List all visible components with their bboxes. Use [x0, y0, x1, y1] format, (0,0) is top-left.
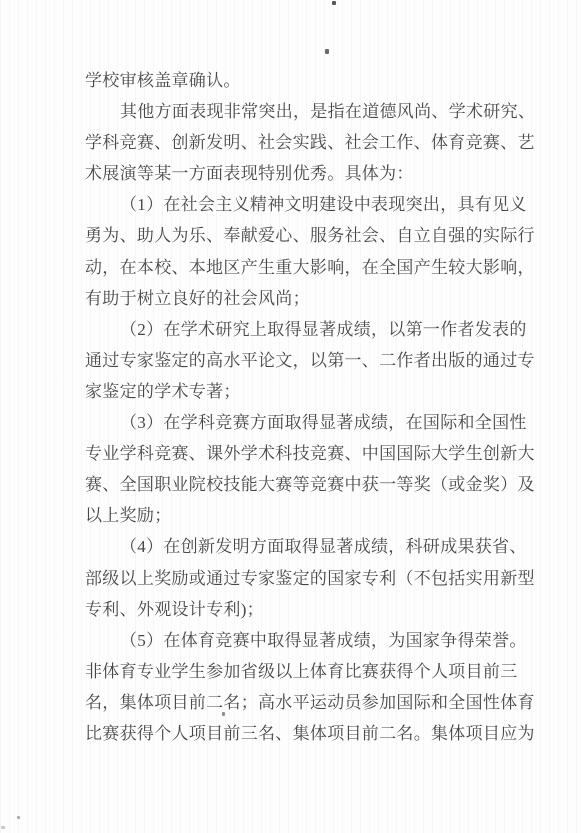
text-line: 其他方面表现非常突出，是指在道德风尚、学术研究、: [85, 96, 560, 127]
text-line: （5）在体育竞赛中取得显著成绩，为国家争得荣誉。: [85, 625, 560, 656]
text-line: 名，集体项目前二名；高水平运动员参加国际和全国性体育: [85, 687, 560, 718]
text-line: 通过专家鉴定的高水平论文，以第一、二作者出版的通过专: [85, 345, 560, 376]
text-line: 学科竞赛、创新发明、社会实践、社会工作、体育竞赛、艺: [85, 127, 560, 158]
text-line: 比赛获得个人项目前三名、集体项目前二名。集体项目应为: [85, 718, 560, 749]
scan-speck: [332, 1, 336, 5]
text-line: （1）在社会主义精神文明建设中表现突出，具有见义: [85, 189, 560, 220]
scanned-page: 学校审核盖章确认。 其他方面表现非常突出，是指在道德风尚、学术研究、 学科竞赛、…: [0, 0, 583, 833]
text-line: 术展演等某一方面表现特别优秀。具体为：: [85, 158, 560, 189]
text-line: 勇为、助人为乐、奉献爱心、服务社会、自立自强的实际行: [85, 220, 560, 251]
scan-speck: [325, 49, 329, 54]
text-line: 学校审核盖章确认。: [85, 65, 560, 96]
text-line: 专业学科竞赛、课外学术科技竞赛、中国国际大学生创新大: [85, 438, 560, 469]
text-line: 有助于树立良好的社会风尚；: [85, 283, 560, 314]
document-text-block: 学校审核盖章确认。 其他方面表现非常突出，是指在道德风尚、学术研究、 学科竞赛、…: [85, 65, 560, 749]
text-line: 赛、全国职业院校技能大赛等竞赛中获一等奖（或金奖）及: [85, 469, 560, 500]
text-line: 专利、外观设计专利)；: [85, 594, 560, 625]
text-line: 以上奖励；: [85, 500, 560, 531]
text-line: （2）在学术研究上取得显著成绩，以第一作者发表的: [85, 314, 560, 345]
text-line: （4）在创新发明方面取得显著成绩，科研成果获省、: [85, 531, 560, 562]
scan-speck: [1, 826, 5, 829]
text-line: 部级以上奖励或通过专家鉴定的国家专利（不包括实用新型: [85, 563, 560, 594]
text-line: 动，在本校、本地区产生重大影响，在全国产生较大影响，: [85, 252, 560, 283]
text-line: 家鉴定的学术专著；: [85, 376, 560, 407]
scan-speck: [222, 712, 225, 716]
text-line: 非体育专业学生参加省级以上体育比赛获得个人项目前三: [85, 656, 560, 687]
scan-speck: [17, 816, 20, 819]
text-line: （3）在学科竞赛方面取得显著成绩，在国际和全国性: [85, 407, 560, 438]
